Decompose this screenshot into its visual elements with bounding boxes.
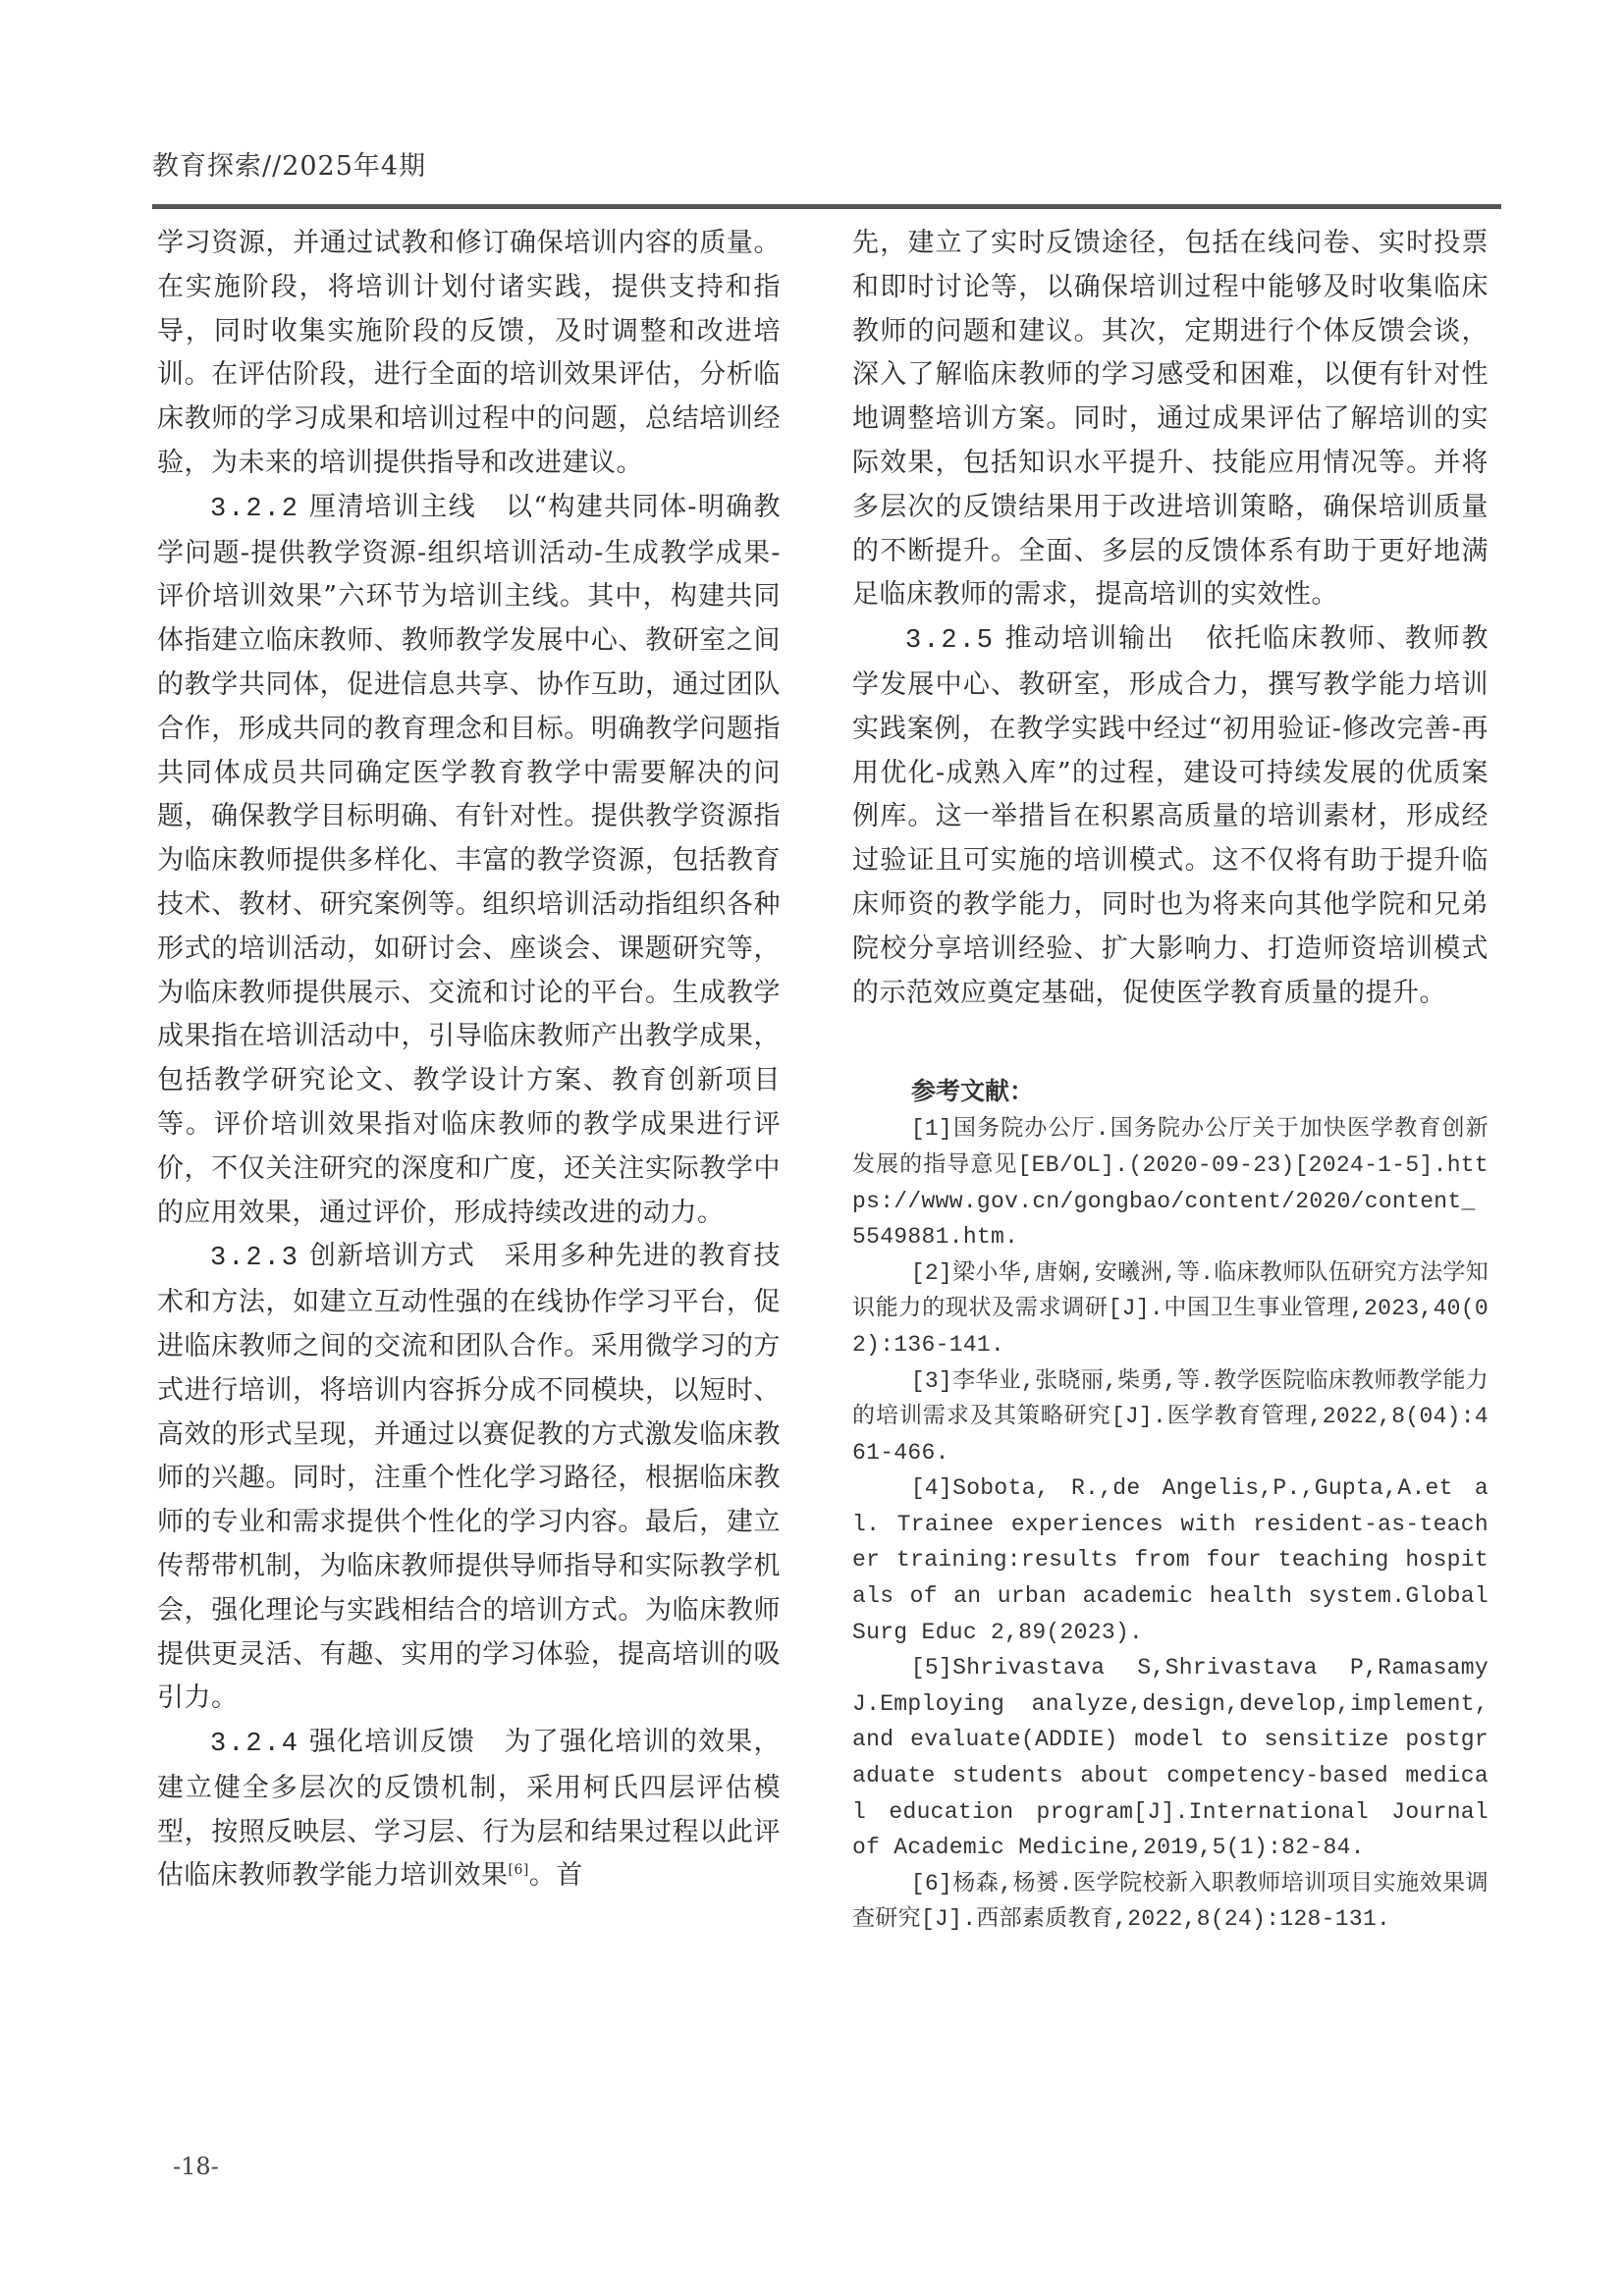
reference-item: [2]梁小华,唐娴,安曦洲,等.临床教师队伍研究方法学知识能力的现状及需求调研[… (852, 1255, 1489, 1363)
section-3-2-5: 3.2.5 推动培训输出 依托临床教师、教师教学发展中心、教研室，形成合力，撰写… (852, 617, 1489, 1015)
paragraph-continuation: 先，建立了实时反馈途径，包括在线问卷、实时投票和即时讨论等，以确保培训过程中能够… (852, 222, 1489, 617)
right-column: 先，建立了实时反馈途径，包括在线问卷、实时投票和即时讨论等，以确保培训过程中能够… (852, 222, 1489, 1938)
section-body: 采用多种先进的教育技术和方法，如建立互动性强的在线协作学习平台，促进临床教师之间… (157, 1241, 781, 1713)
section-body: 以“构建共同体-明确教学问题-提供教学资源-组织培训活动-生成教学成果-评价培训… (157, 492, 781, 1228)
section-3-2-3: 3.2.3 创新培训方式 采用多种先进的教育技术和方法，如建立互动性强的在线协作… (157, 1235, 781, 1721)
running-header: 教育探索//2025年4期 (152, 147, 1501, 188)
page-number: -18- (173, 2153, 219, 2180)
section-title: 强化培训反馈 (309, 1727, 475, 1757)
section-body-tail: 。首 (529, 1860, 583, 1891)
section-title: 厘清培训主线 (309, 492, 476, 522)
reference-item: [1]国务院办公厅.国务院办公厅关于加快医学教育创新发展的指导意见[EB/OL]… (852, 1111, 1489, 1255)
reference-item: [4]Sobota, R.,de Angelis,P.,Gupta,A.et a… (852, 1470, 1489, 1650)
reference-item: [3]李华业,张晓丽,柴勇,等.教学医院临床教师教学能力的培训需求及其策略研究[… (852, 1363, 1489, 1471)
reference-item: [5]Shrivastava S,Shrivastava P,Ramasamy … (852, 1650, 1489, 1866)
paragraph-continuation: 学习资源，并通过试教和修订确保培训内容的质量。在实施阶段，将培训计划付诸实践，提… (157, 222, 781, 486)
section-number: 3.2.2 (210, 495, 299, 524)
section-title: 创新培训方式 (309, 1241, 475, 1271)
reference-item: [6]杨森,杨赟.医学院校新入职教师培训项目实施效果调查研究[J].西部素质教育… (852, 1866, 1489, 1938)
section-title: 推动培训输出 (1005, 623, 1175, 654)
left-column: 学习资源，并通过试教和修订确保培训内容的质量。在实施阶段，将培训计划付诸实践，提… (157, 222, 781, 1898)
section-3-2-2: 3.2.2 厘清培训主线 以“构建共同体-明确教学问题-提供教学资源-组织培训活… (157, 486, 781, 1236)
references-heading: 参考文献： (852, 1072, 1489, 1111)
journal-issue-title: 教育探索//2025年4期 (152, 147, 1501, 188)
section-body: 依托临床教师、教师教学发展中心、教研室，形成合力，撰写教学能力培训实践案例，在教… (852, 623, 1489, 1007)
section-number: 3.2.5 (905, 626, 995, 656)
section-number: 3.2.3 (210, 1244, 299, 1273)
citation-superscript[interactable]: [6] (509, 1862, 529, 1878)
section-3-2-4: 3.2.4 强化培训反馈 为了强化培训的效果，建立健全多层次的反馈机制，采用柯氏… (157, 1721, 781, 1898)
header-divider (152, 204, 1501, 209)
references-section: 参考文献： [1]国务院办公厅.国务院办公厅关于加快医学教育创新发展的指导意见[… (852, 1072, 1489, 1938)
section-number: 3.2.4 (210, 1730, 299, 1759)
